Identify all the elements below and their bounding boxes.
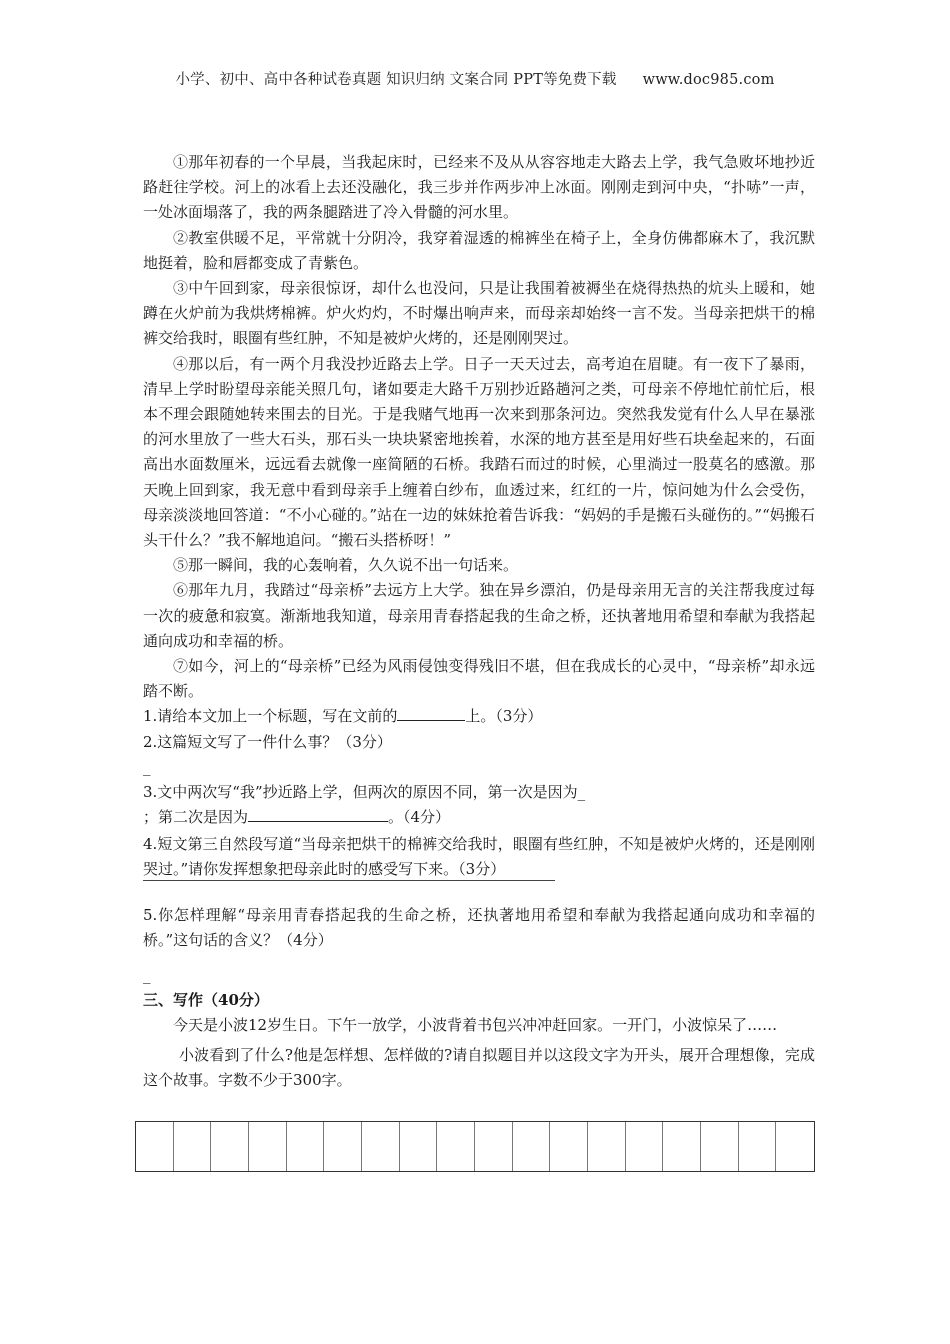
grid-cell[interactable] (174, 1122, 212, 1171)
grid-cell[interactable] (626, 1122, 664, 1171)
grid-cell[interactable] (513, 1122, 551, 1171)
grid-cell[interactable] (776, 1122, 814, 1171)
grid-cell[interactable] (287, 1122, 325, 1171)
passage-paragraph-3: ③中午回到家，母亲很惊讶，却什么也没问，只是让我围着被褥坐在烧得热热的炕头上暖和… (143, 276, 815, 352)
passage-paragraph-6: ⑥那年九月，我踏过“母亲桥”去远方上大学。独在异乡漂泊，仍是母亲用无言的关注帮我… (143, 578, 815, 654)
spacer (143, 881, 815, 903)
page-header: 小学、初中、高中各种试卷真题 知识归纳 文案合同 PPT等免费下载www.doc… (0, 68, 950, 89)
grid-cell[interactable] (739, 1122, 777, 1171)
question-1-points: 上。（3分） (465, 707, 542, 725)
passage-paragraph-5: ⑤那一瞬间，我的心轰响着，久久说不出一句话来。 (143, 553, 815, 578)
grid-cell[interactable] (362, 1122, 400, 1171)
passage-paragraph-4: ④那以后，有一两个月我没抄近路去上学。日子一天天过去，高考迫在眉睫。有一夜下了暴… (143, 352, 815, 554)
writing-prompt-1: 今天是小波12岁生日。下午一放学，小波背着书包兴冲冲赶回家。一开门，小波惊呆了…… (143, 1013, 815, 1038)
grid-cell[interactable] (324, 1122, 362, 1171)
grid-cell[interactable] (400, 1122, 438, 1171)
passage-paragraph-2: ②教室供暖不足，平常就十分阴冷，我穿着湿透的棉裤坐在椅子上，全身仿佛都麻木了，我… (143, 226, 815, 276)
grid-cell[interactable] (136, 1122, 174, 1171)
header-tagline: 小学、初中、高中各种试卷真题 知识归纳 文案合同 PPT等免费下载 (175, 72, 616, 88)
writing-section-title: 三、写作（40分） (143, 988, 815, 1013)
question-3-points: 。（4分） (388, 808, 450, 826)
question-5: 5.你怎样理解“母亲用青春搭起我的生命之桥，还执著地用希望和奉献为我搭起通向成功… (143, 903, 815, 953)
second-reason-blank[interactable] (248, 805, 388, 822)
grid-cell[interactable] (663, 1122, 701, 1171)
composition-grid[interactable] (135, 1121, 815, 1172)
question-3-line-1: 3.文中两次写“我”抄近路上学，但两次的原因不同，第一次是因为_ (143, 780, 815, 805)
grid-cell[interactable] (211, 1122, 249, 1171)
passage-paragraph-1: ①那年初春的一个早晨，当我起床时，已经来不及从从容容地走大路去上学，我气急败坏地… (143, 150, 815, 226)
header-url[interactable]: www.doc985.com (643, 72, 775, 88)
question-3-text: ；第二次是因为 (143, 808, 248, 826)
grid-cell[interactable] (550, 1122, 588, 1171)
grid-cell[interactable] (249, 1122, 287, 1171)
question-2: 2.这篇短文写了一件什么事？（3分） (143, 730, 815, 755)
question-1: 1.请给本文加上一个标题，写在文前的上。（3分） (143, 704, 815, 729)
grid-cell[interactable] (475, 1122, 513, 1171)
question-1-text: 1.请给本文加上一个标题，写在文前的 (143, 707, 397, 725)
question-3-line-2: ；第二次是因为。（4分） (143, 805, 815, 830)
writing-prompt-2: 小波看到了什么?他是怎样想、怎样做的?请自拟题目并以这段文字为开头，展开合理想像… (143, 1043, 815, 1093)
answer-dash-2[interactable]: _ (143, 755, 815, 780)
grid-cell[interactable] (701, 1122, 739, 1171)
question-4: 4.短文第三自然段写道“当母亲把烘干的棉裤交给我时，眼圈有些红肿，不知是被炉火烤… (143, 832, 815, 882)
passage-paragraph-7: ⑦如今，河上的“母亲桥”已经为风雨侵蚀变得残旧不堪，但在我成长的心灵中，“母亲桥… (143, 654, 815, 704)
grid-cell[interactable] (588, 1122, 626, 1171)
answer-dash-5[interactable]: _ (143, 963, 815, 988)
grid-cell[interactable] (437, 1122, 475, 1171)
document-body: ①那年初春的一个早晨，当我起床时，已经来不及从从容容地走大路去上学，我气急败坏地… (143, 150, 815, 1093)
title-blank[interactable] (397, 704, 465, 721)
